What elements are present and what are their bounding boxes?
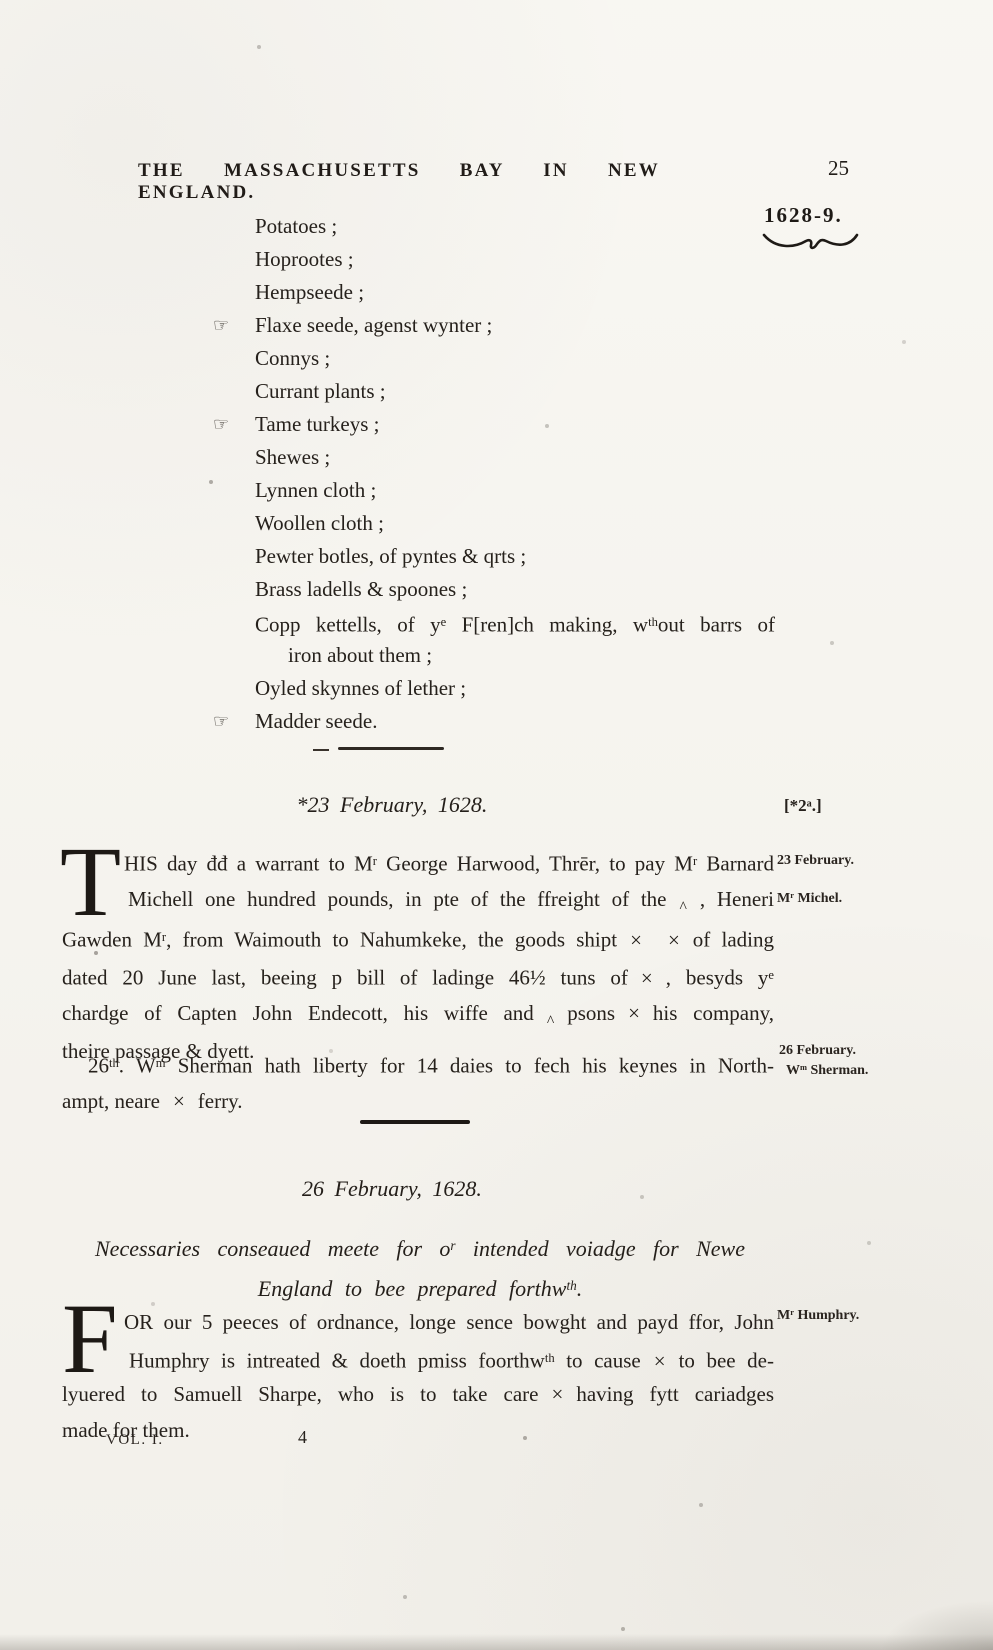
section-divider-thick (360, 1120, 470, 1124)
paragraph-line: made for them. (62, 1412, 774, 1448)
section-heading-26-february: 26 February, 1628. (62, 1176, 722, 1202)
supply-list-item: Woollen cloth ; (255, 507, 775, 540)
paragraph-line: Humphry is intreated & doeth pmiss foort… (62, 1340, 774, 1376)
paragraph-line: ampt, neare×ferry. (62, 1082, 774, 1120)
supply-list-item: Hoprootes ; (255, 243, 775, 276)
paragraph-sherman: 26th. Wm Sherman hath liberty for 14 dai… (62, 1044, 774, 1120)
supply-list-item: ☞Flaxe seede, agenst wynter ; (255, 309, 775, 342)
margin-note-23-february: 23 February. (777, 852, 947, 870)
signature-mark: 4 (298, 1427, 307, 1448)
supply-list-item: Lynnen cloth ; (255, 474, 775, 507)
paragraph-line: OR our 5 peeces of ordnance, longe sence… (62, 1304, 774, 1340)
paragraph-warrant-harwood: HIS day đđ a warrant to Mr George Harwoo… (62, 842, 774, 1070)
scan-noise (0, 0, 2, 2)
running-head: THE MASSACHUSETTS BAY IN NEW ENGLAND. (138, 160, 660, 204)
section-divider (338, 747, 444, 750)
margin-note-wm-sherman: Wm Sherman. (786, 1062, 956, 1080)
margin-note-26-february: 26 February. (779, 1042, 949, 1060)
paragraph-line: Michell one hundred pounds, in pte of th… (62, 880, 774, 918)
supply-list-item: Connys ; (255, 342, 775, 375)
manicule-icon: ☞ (213, 408, 229, 441)
supply-list-item: Oyled skynnes of lether ; (255, 672, 775, 705)
supply-list-item: Copp kettells, of ye F[ren]ch making, wt… (255, 606, 775, 639)
supply-list-item: ☞Madder seede. (255, 705, 775, 738)
supply-list-item: Hempseede ; (255, 276, 775, 309)
supply-list: Potatoes ;Hoprootes ;Hempseede ;☞Flaxe s… (255, 210, 775, 738)
section-heading-23-february: *23 February, 1628. (62, 792, 722, 818)
subtitle-line: Necessaries conseaued meete for or inten… (95, 1226, 745, 1266)
folio-note: [*2a.] (784, 796, 822, 816)
manicule-icon: ☞ (213, 705, 229, 738)
supply-list-item: Potatoes ; (255, 210, 775, 243)
margin-note-mr-michel: Mr Michel. (777, 890, 947, 908)
supply-list-item: ☞Tame turkeys ; (255, 408, 775, 441)
margin-year-note: 1628-9. (764, 203, 843, 228)
supply-list-item: Brass ladells & spoones ; (255, 573, 775, 606)
footer-volume: VOL. I. (106, 1432, 164, 1449)
year-underbrace-icon (760, 232, 860, 254)
supply-list-item: iron about them ; (255, 639, 775, 672)
paragraph-line: Gawden Mr, from Waimouth to Nahumkeke, t… (62, 918, 774, 956)
scan-edge-band (0, 1634, 993, 1650)
scanned-book-page: THE MASSACHUSETTS BAY IN NEW ENGLAND. 25… (0, 0, 993, 1650)
margin-note-mr-humphry: Mr Humphry. (777, 1307, 947, 1325)
supply-list-item: Pewter botles, of pyntes & qrts ; (255, 540, 775, 573)
paragraph-line: HIS day đđ a warrant to Mr George Harwoo… (62, 842, 774, 880)
subtitle-line: England to bee prepared forthwth. (95, 1266, 745, 1306)
paragraph-line: 26th. Wm Sherman hath liberty for 14 dai… (62, 1044, 774, 1082)
paragraph-line: chardge of Capten John Endecott, his wif… (62, 994, 774, 1032)
page-number: 25 (828, 156, 849, 181)
manicule-icon: ☞ (213, 309, 229, 342)
paragraph-ordnance: OR our 5 peeces of ordnance, longe sence… (62, 1304, 774, 1448)
supply-list-item: Shewes ; (255, 441, 775, 474)
paragraph-line: dated 20 June last, beeing p bill of lad… (62, 956, 774, 994)
divider-dash (313, 749, 329, 751)
paragraph-line: lyuered to Samuell Sharpe, who is to tak… (62, 1376, 774, 1412)
supply-list-item: Currant plants ; (255, 375, 775, 408)
section-subtitle: Necessaries conseaued meete for or inten… (95, 1226, 745, 1306)
